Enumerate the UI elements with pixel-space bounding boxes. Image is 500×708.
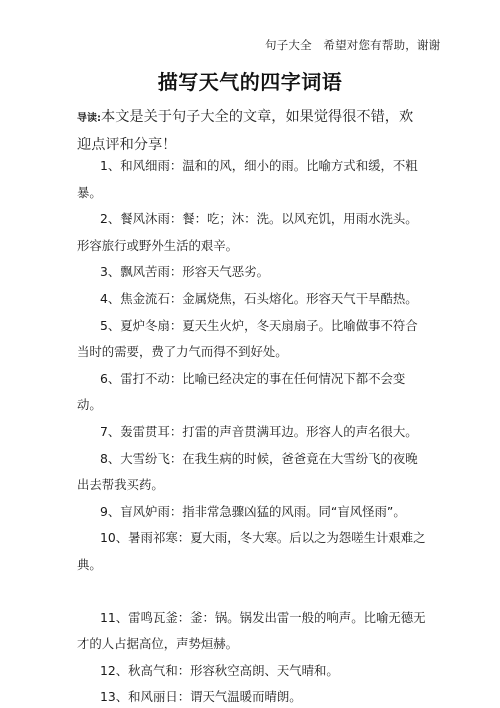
entry-term: 雷鸣瓦釜	[128, 610, 178, 625]
entry-definition: 打雷的声音贯满耳边。形容人的声名很大。	[182, 424, 417, 439]
entry-separator: ：	[178, 663, 190, 678]
entry-term: 轰雷贯耳	[120, 424, 170, 439]
entry-definition: 形容天气恶劣。	[182, 264, 269, 279]
list-item: 4、焦金流石：金属烧焦，石头熔化。形容天气干旱酷热。	[77, 286, 427, 313]
entry-number: 9、	[100, 504, 120, 519]
intro-label: 导读:	[77, 113, 101, 124]
entry-number: 8、	[100, 451, 120, 466]
entry-number: 1、	[100, 158, 120, 173]
intro-paragraph: 导读:本文是关于句子大全的文章，如果觉得很不错，欢迎点评和分享！	[77, 104, 422, 159]
entry-term: 和风丽日	[128, 689, 178, 704]
page-title: 描写天气的四字词语	[0, 66, 500, 95]
entry-list: 1、和风细雨：温和的风，细小的雨。比喻方式和缓，不粗暴。 2、餐风沐雨：餐：吃；…	[77, 153, 427, 708]
list-item: 13、和风丽日：谓天气温暖而晴朗。	[77, 684, 427, 708]
entry-number: 2、	[100, 211, 120, 226]
entry-term: 焦金流石	[120, 291, 170, 306]
entry-term: 暑雨祁寒	[128, 530, 178, 545]
list-item: 11、雷鸣瓦釜：釜：锅。锅发出雷一般的响声。比喻无德无才的人占据高位，声势烜赫。	[77, 605, 427, 658]
entry-separator: ：	[170, 451, 182, 466]
entry-number: 3、	[100, 264, 120, 279]
entry-term: 大雪纷飞	[120, 451, 170, 466]
entry-term: 餐风沐雨	[120, 211, 170, 226]
list-item: 7、轰雷贯耳：打雷的声音贯满耳边。形容人的声名很大。	[77, 419, 427, 446]
blank-line	[77, 579, 427, 605]
entry-term: 秋高气和	[128, 663, 178, 678]
list-item: 10、暑雨祁寒：夏大雨，冬大寒。后以之为怨嗟生计艰难之典。	[77, 525, 427, 578]
entry-separator: ：	[170, 371, 182, 386]
entry-separator: ：	[178, 610, 190, 625]
entry-number: 10、	[100, 530, 128, 545]
entry-number: 4、	[100, 291, 120, 306]
entry-number: 6、	[100, 371, 120, 386]
entry-number: 12、	[100, 663, 128, 678]
entry-term: 盲风妒雨	[120, 504, 170, 519]
intro-text: 本文是关于句子大全的文章，如果觉得很不错，欢迎点评和分享！	[77, 109, 413, 153]
entry-number: 11、	[100, 610, 128, 625]
entry-separator: ：	[170, 424, 182, 439]
entry-term: 夏炉冬扇	[120, 318, 170, 333]
list-item: 12、秋高气和：形容秋空高朗、天气晴和。	[77, 658, 427, 685]
entry-separator: ：	[170, 291, 182, 306]
entry-definition: 形容秋空高朗、天气晴和。	[190, 663, 339, 678]
entry-separator: ：	[170, 211, 182, 226]
entry-term: 雷打不动	[120, 371, 170, 386]
list-item: 2、餐风沐雨：餐：吃；沐：洗。以风充饥，用雨水洗头。形容旅行或野外生活的艰辛。	[77, 206, 427, 259]
list-item: 1、和风细雨：温和的风，细小的雨。比喻方式和缓，不粗暴。	[77, 153, 427, 206]
entry-term: 和风细雨	[120, 158, 170, 173]
entry-definition: 谓天气温暖而晴朗。	[190, 689, 302, 704]
entry-number: 13、	[100, 689, 128, 704]
entry-separator: ：	[170, 264, 182, 279]
list-item: 8、大雪纷飞：在我生病的时候，爸爸竟在大雪纷飞的夜晚出去帮我买药。	[77, 446, 427, 499]
entry-separator: ：	[170, 158, 182, 173]
header-note: 句子大全 希望对您有帮助，谢谢	[265, 37, 440, 53]
entry-number: 7、	[100, 424, 120, 439]
list-item: 5、夏炉冬扇：夏天生火炉，冬天扇扇子。比喻做事不符合当时的需要，费了力气而得不到…	[77, 313, 427, 366]
entry-separator: ：	[178, 689, 190, 704]
entry-separator: ：	[170, 318, 182, 333]
list-item: 6、雷打不动：比喻已经决定的事在任何情况下都不会变动。	[77, 366, 427, 419]
entry-term: 飘风苦雨	[120, 264, 170, 279]
entry-number: 5、	[100, 318, 120, 333]
entry-separator: ：	[178, 530, 190, 545]
list-item: 9、盲风妒雨：指非常急骤凶猛的风雨。同“盲风怪雨”。	[77, 499, 427, 526]
entry-definition: 金属烧焦，石头熔化。形容天气干旱酷热。	[182, 291, 417, 306]
entry-separator: ：	[170, 504, 182, 519]
list-item: 3、飘风苦雨：形容天气恶劣。	[77, 259, 427, 286]
entry-definition: 指非常急骤凶猛的风雨。同“盲风怪雨”。	[182, 504, 405, 519]
